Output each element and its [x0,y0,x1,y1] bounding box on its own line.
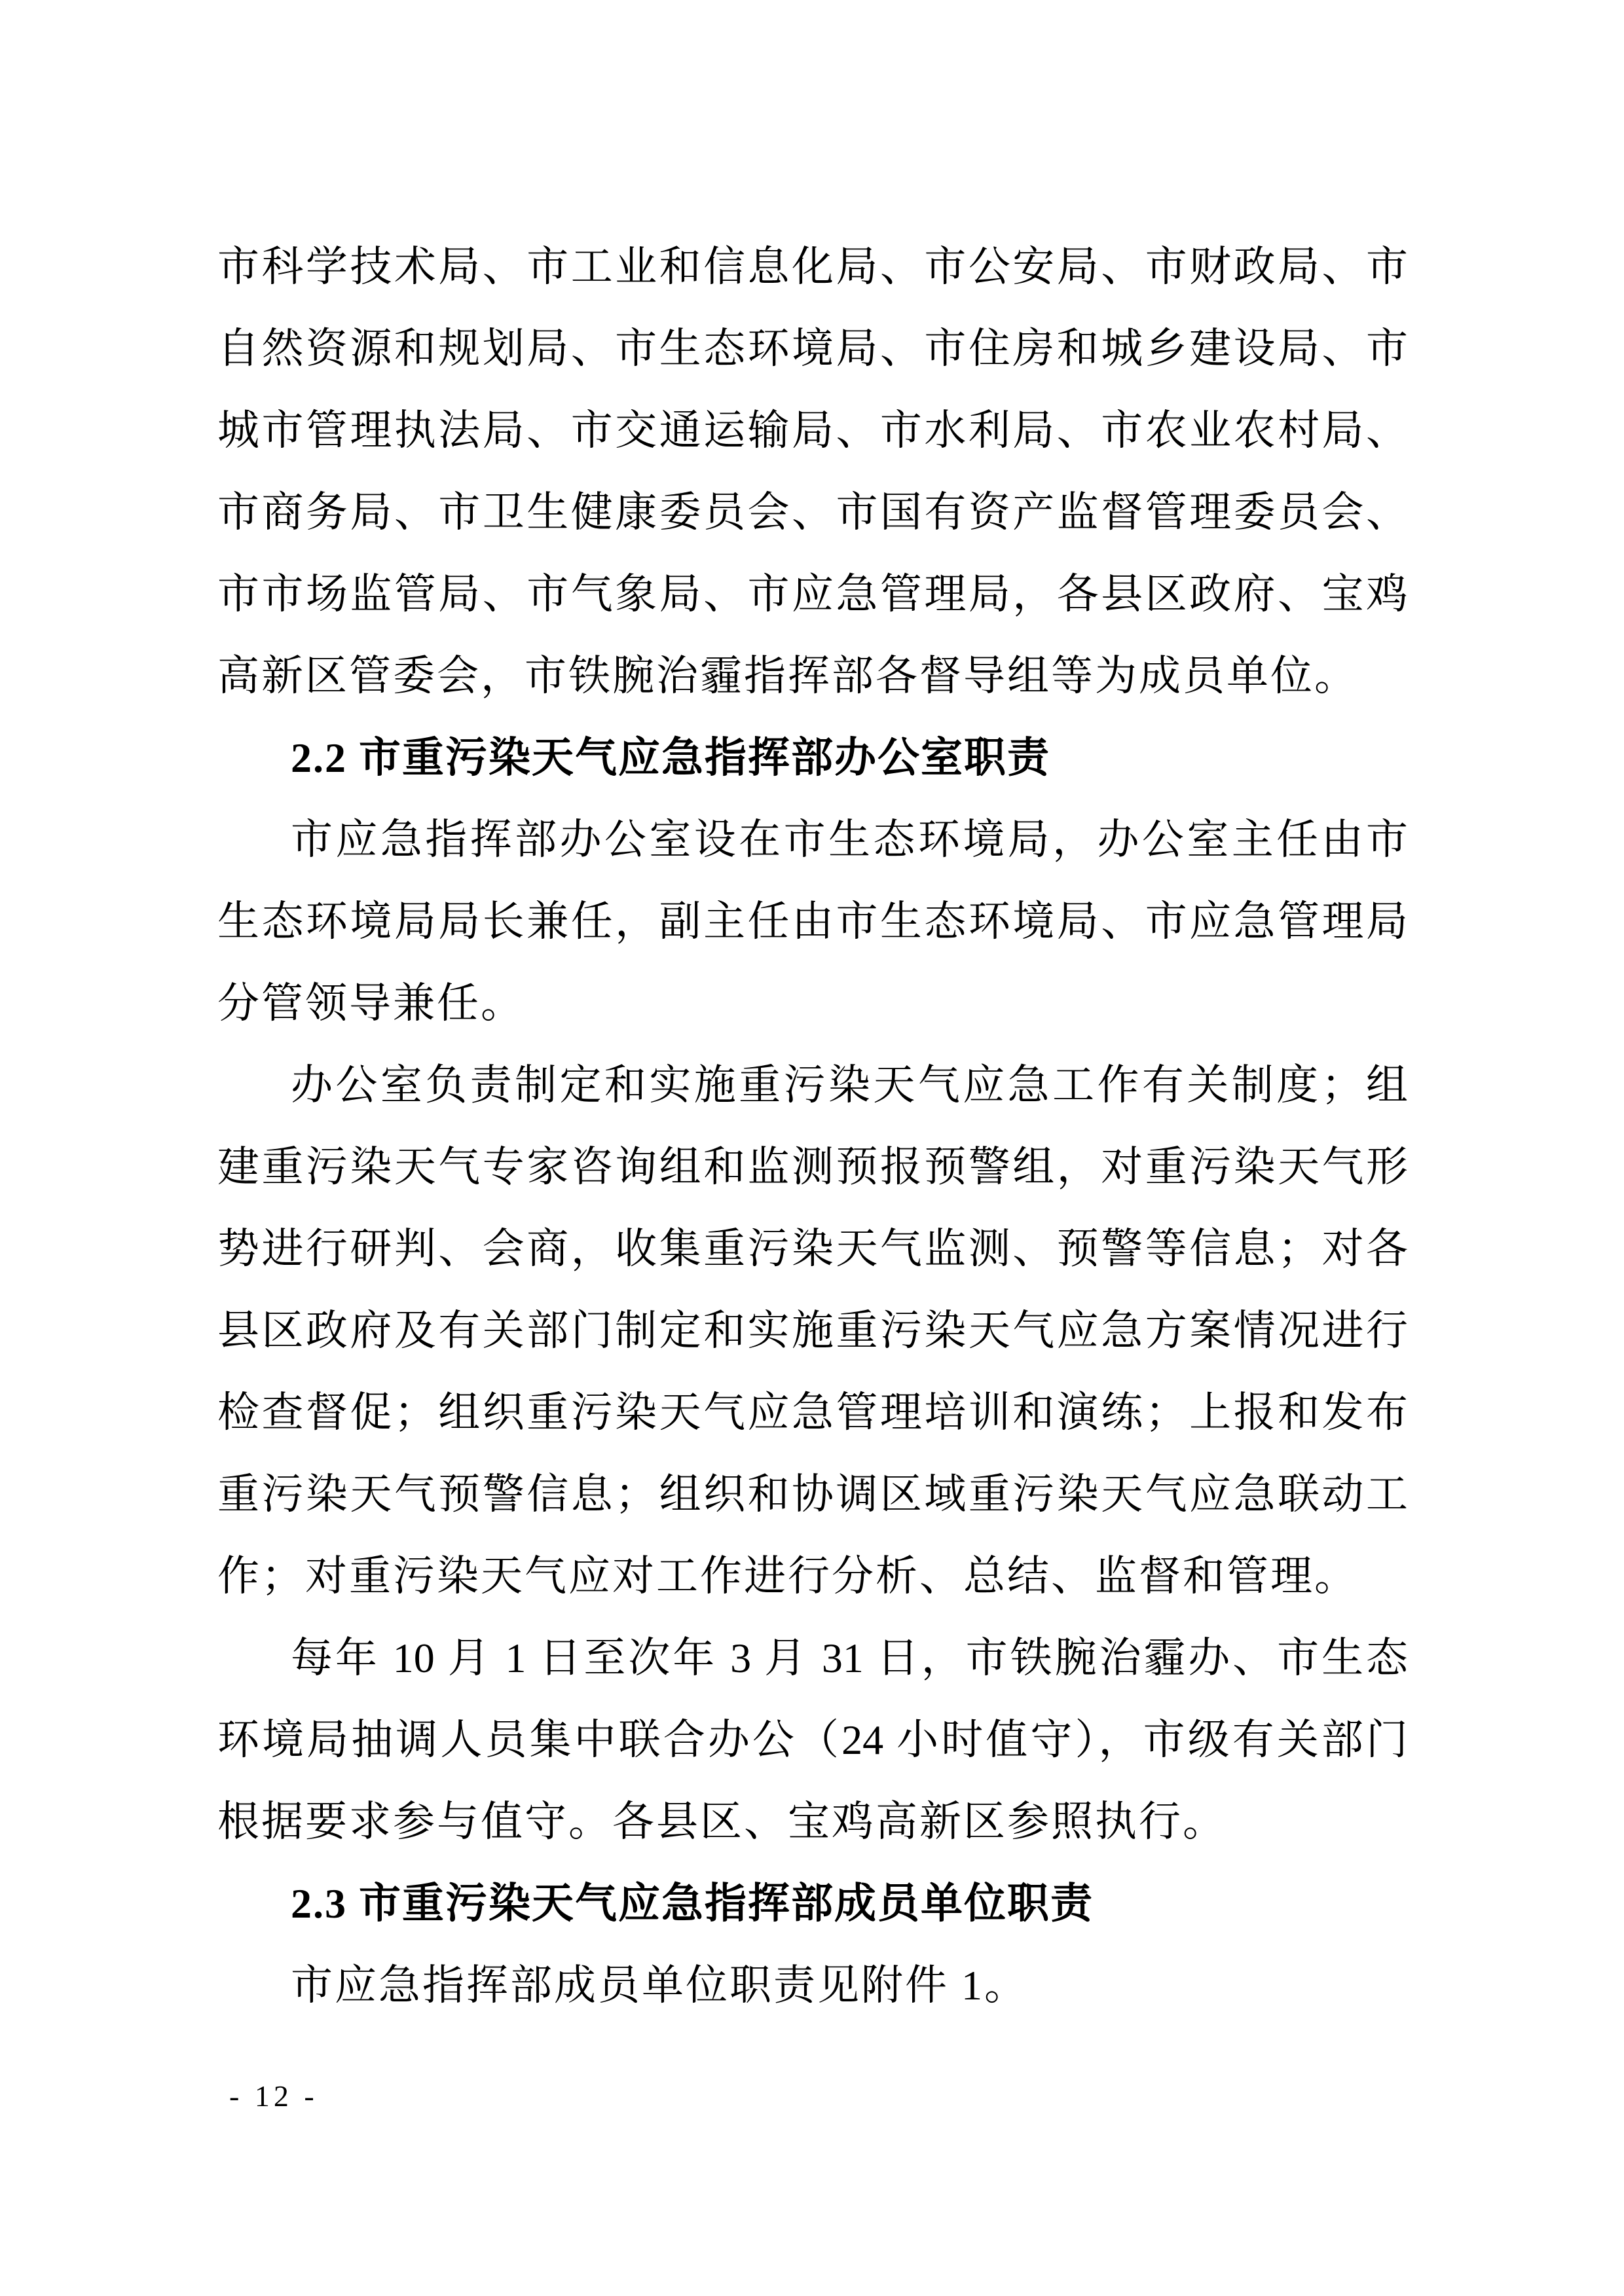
text-line: 重污染天气预警信息；组织和协调区域重污染天气应急联动工 [217,1453,1408,1535]
text-line: 作；对重污染天气应对工作进行分析、总结、监督和管理。 [217,1535,1408,1617]
text-line: 根据要求参与值守。各县区、宝鸡高新区参照执行。 [217,1781,1408,1863]
text-line: 市应急指挥部成员单位职责见附件 1。 [217,1944,1408,2026]
text-line: 办公室负责制定和实施重污染天气应急工作有关制度；组 [217,1044,1408,1126]
text-line: 县区政府及有关部门制定和实施重污染天气应急方案情况进行 [217,1290,1408,1372]
text-line: 市市场监管局、市气象局、市应急管理局，各县区政府、宝鸡 [217,553,1408,635]
text-line: 自然资源和规划局、市生态环境局、市住房和城乡建设局、市 [217,308,1408,390]
text-line: 每年 10 月 1 日至次年 3 月 31 日，市铁腕治霾办、市生态 [217,1617,1408,1699]
text-line: 势进行研判、会商，收集重污染天气监测、预警等信息；对各 [217,1208,1408,1290]
text-line: 检查督促；组织重污染天气应急管理培训和演练；上报和发布 [217,1372,1408,1453]
text-line: 建重污染天气专家咨询组和监测预报预警组，对重污染天气形 [217,1126,1408,1208]
text-line: 环境局抽调人员集中联合办公（24 小时值守），市级有关部门 [217,1699,1408,1781]
text-line: 分管领导兼任。 [217,962,1408,1044]
text-line: 市商务局、市卫生健康委员会、市国有资产监督管理委员会、 [217,471,1408,553]
page-number: - 12 - [229,2077,318,2116]
document-page: 市科学技术局、市工业和信息化局、市公安局、市财政局、市自然资源和规划局、市生态环… [0,0,1624,2296]
section-heading: 2.3 市重污染天气应急指挥部成员单位职责 [217,1863,1408,1944]
document-body: 市科学技术局、市工业和信息化局、市公安局、市财政局、市自然资源和规划局、市生态环… [217,226,1408,2026]
text-line: 高新区管委会，市铁腕治霾指挥部各督导组等为成员单位。 [217,635,1408,717]
text-line: 市应急指挥部办公室设在市生态环境局，办公室主任由市 [217,799,1408,881]
text-line: 城市管理执法局、市交通运输局、市水利局、市农业农村局、 [217,390,1408,471]
text-line: 生态环境局局长兼任，副主任由市生态环境局、市应急管理局 [217,881,1408,962]
text-line: 市科学技术局、市工业和信息化局、市公安局、市财政局、市 [217,226,1408,308]
section-heading: 2.2 市重污染天气应急指挥部办公室职责 [217,717,1408,799]
